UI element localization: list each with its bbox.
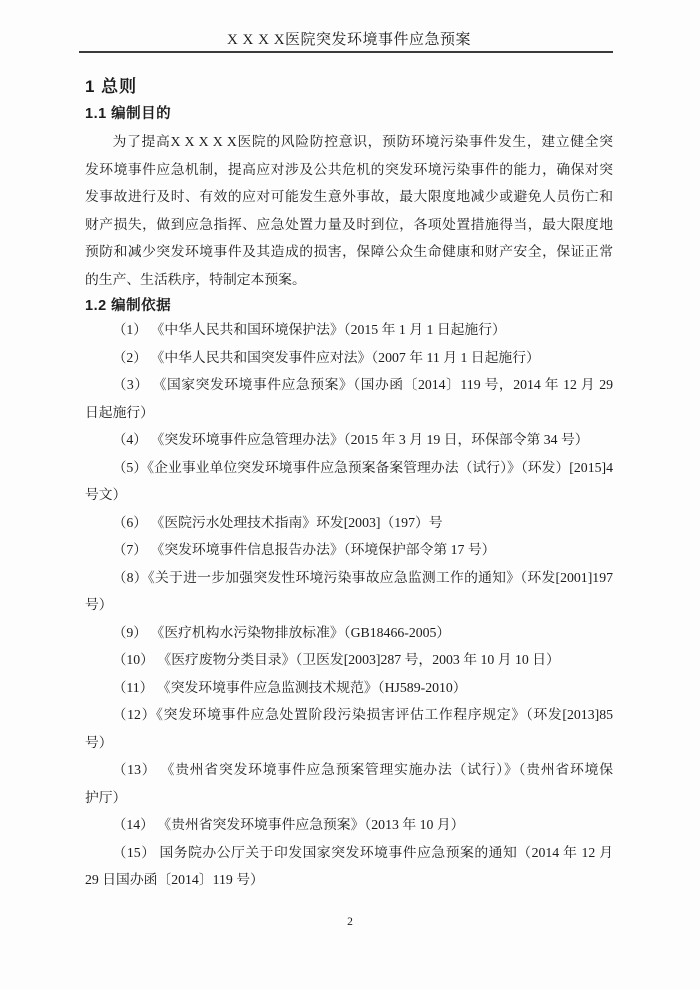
basis-item-9: （9） 《医疗机构水污染物排放标准》（GB18466-2005） [85, 619, 613, 647]
paragraph-line: 财产损失，做到应急指挥、应急处置力量及时到位，各项处置措施得当，最大限度地 [85, 211, 613, 239]
basis-item-line: （6） 《医院污水处理技术指南》环发[2003]（197）号 [85, 509, 613, 537]
purpose-paragraph: 为了提高X X X X X医院的风险防控意识，预防环境污染事件发生，建立健全突发… [85, 128, 613, 293]
basis-item-line: （9） 《医疗机构水污染物排放标准》（GB18466-2005） [85, 619, 613, 647]
chapter-heading: 1 总则 [85, 76, 613, 98]
basis-item-3: （3） 《国家突发环境事件应急预案》（国办函〔2014〕119 号，2014 年… [85, 371, 613, 426]
paragraph-line: 预防和减少突发环境事件及其造成的损害，保障公众生命健康和财产安全，保证正常 [85, 238, 613, 266]
basis-item-line: 号文） [85, 481, 613, 509]
basis-item-4: （4） 《突发环境事件应急管理办法》（2015 年 3 月 19 日，环保部令第… [85, 426, 613, 454]
document-page: X X X X医院突发环境事件应急预案 1 总则 1.1 编制目的 为了提高X … [0, 0, 700, 990]
basis-item-line: （15） 国务院办公厅关于印发国家突发环境事件应急预案的通知（2014 年 12… [85, 839, 613, 867]
basis-item-13: （13） 《贵州省突发环境事件应急预案管理实施办法（试行）》（贵州省环境保护厅） [85, 756, 613, 811]
basis-item-line: 29 日国办函〔2014〕119 号） [85, 866, 613, 894]
header-rule [79, 51, 613, 53]
basis-item-line: （4） 《突发环境事件应急管理办法》（2015 年 3 月 19 日，环保部令第… [85, 426, 613, 454]
basis-item-6: （6） 《医院污水处理技术指南》环发[2003]（197）号 [85, 509, 613, 537]
basis-item-line: 号） [85, 591, 613, 619]
subsection-heading-basis: 1.2 编制依据 [85, 296, 613, 316]
basis-item-line: （1） 《中华人民共和国环境保护法》（2015 年 1 月 1 日起施行） [85, 316, 613, 344]
paragraph-line: 发事故进行及时、有效的应对可能发生意外事故，最大限度地减少或避免人员伤亡和 [85, 183, 613, 211]
basis-item-line: （3） 《国家突发环境事件应急预案》（国办函〔2014〕119 号，2014 年… [85, 371, 613, 399]
basis-item-line: （8）《关于进一步加强突发性环境污染事故应急监测工作的通知》（环发[2001]1… [85, 564, 613, 592]
basis-item-line: （10） 《医疗废物分类目录》（卫医发[2003]287 号，2003 年 10… [85, 646, 613, 674]
paragraph-line: 的生产、生活秩序，特制定本预案。 [85, 266, 613, 294]
basis-item-line: （14） 《贵州省突发环境事件应急预案》（2013 年 10 月） [85, 811, 613, 839]
basis-item-2: （2） 《中华人民共和国突发事件应对法》（2007 年 11 月 1 日起施行） [85, 344, 613, 372]
page-footer: 2 [0, 912, 700, 930]
document-content: 1 总则 1.1 编制目的 为了提高X X X X X医院的风险防控意识，预防环… [85, 76, 613, 894]
paragraph-line: 为了提高X X X X X医院的风险防控意识，预防环境污染事件发生，建立健全突 [85, 128, 613, 156]
subsection-heading-purpose: 1.1 编制目的 [85, 104, 613, 124]
basis-item-line: （13） 《贵州省突发环境事件应急预案管理实施办法（试行）》（贵州省环境保 [85, 756, 613, 784]
basis-item-12: （12）《突发环境事件应急处置阶段污染损害评估工作程序规定》（环发[2013]8… [85, 701, 613, 756]
basis-item-line: 护厅） [85, 784, 613, 812]
header-title: X X X X医院突发环境事件应急预案 [85, 31, 613, 49]
basis-item-1: （1） 《中华人民共和国环境保护法》（2015 年 1 月 1 日起施行） [85, 316, 613, 344]
basis-item-line: （11） 《突发环境事件应急监测技术规范》（HJ589-2010） [85, 674, 613, 702]
basis-item-10: （10） 《医疗废物分类目录》（卫医发[2003]287 号，2003 年 10… [85, 646, 613, 674]
basis-item-15: （15） 国务院办公厅关于印发国家突发环境事件应急预案的通知（2014 年 12… [85, 839, 613, 894]
page-number: 2 [347, 916, 353, 928]
basis-item-line: （12）《突发环境事件应急处置阶段污染损害评估工作程序规定》（环发[2013]8… [85, 701, 613, 729]
basis-item-line: 号） [85, 729, 613, 757]
basis-item-line: 日起施行） [85, 399, 613, 427]
basis-item-11: （11） 《突发环境事件应急监测技术规范》（HJ589-2010） [85, 674, 613, 702]
basis-list: （1） 《中华人民共和国环境保护法》（2015 年 1 月 1 日起施行）（2）… [85, 316, 613, 894]
basis-item-5: （5）《企业事业单位突发环境事件应急预案备案管理办法（试行）》（环发）[2015… [85, 454, 613, 509]
page-header: X X X X医院突发环境事件应急预案 [85, 31, 613, 53]
paragraph-line: 发环境事件应急机制，提高应对涉及公共危机的突发环境污染事件的能力，确保对突 [85, 156, 613, 184]
basis-item-8: （8）《关于进一步加强突发性环境污染事故应急监测工作的通知》（环发[2001]1… [85, 564, 613, 619]
basis-item-line: （2） 《中华人民共和国突发事件应对法》（2007 年 11 月 1 日起施行） [85, 344, 613, 372]
basis-item-7: （7） 《突发环境事件信息报告办法》（环境保护部令第 17 号） [85, 536, 613, 564]
basis-item-line: （7） 《突发环境事件信息报告办法》（环境保护部令第 17 号） [85, 536, 613, 564]
basis-item-14: （14） 《贵州省突发环境事件应急预案》（2013 年 10 月） [85, 811, 613, 839]
basis-item-line: （5）《企业事业单位突发环境事件应急预案备案管理办法（试行）》（环发）[2015… [85, 454, 613, 482]
